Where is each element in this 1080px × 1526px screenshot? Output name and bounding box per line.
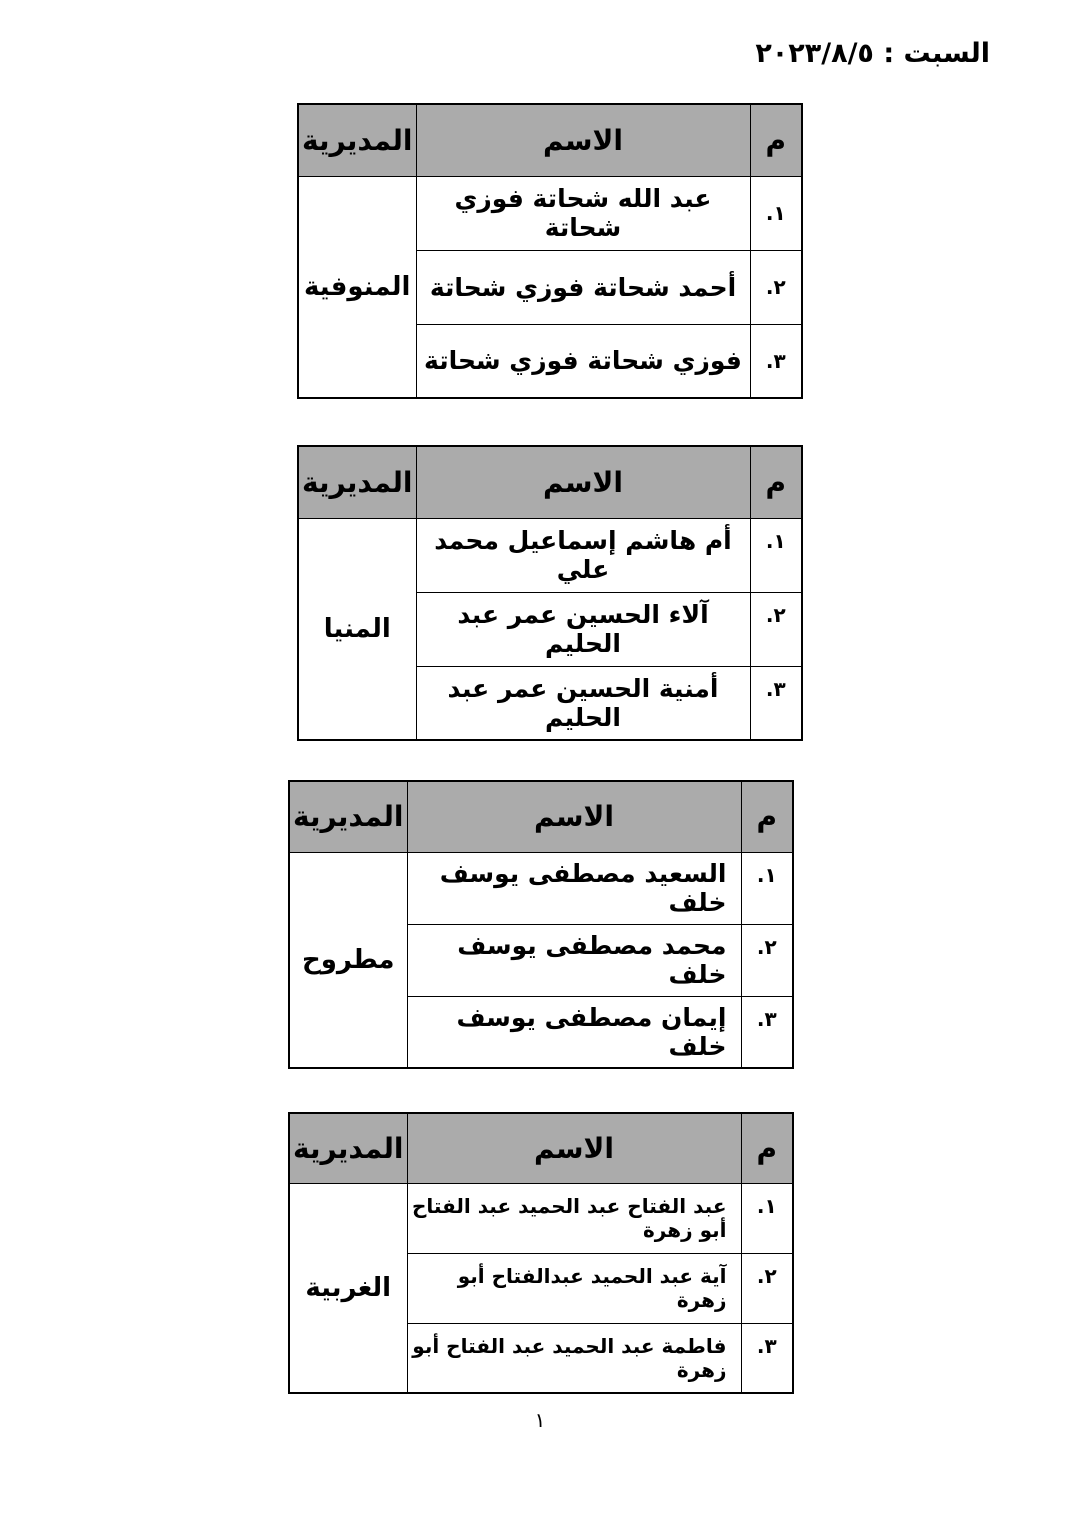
person-name: فوزي شحاتة فوزي شحاتة — [416, 324, 750, 398]
directorate-cell: الغربية — [289, 1183, 407, 1393]
row-number: ١. — [750, 176, 802, 250]
person-name: عبد الفتاح عبد الحميد عبد الفتاح أبو زهر… — [407, 1183, 741, 1253]
header-row: م الاسم المديرية — [289, 781, 793, 852]
directorate-cell: مطروح — [289, 852, 407, 1068]
column-header-name: الاسم — [407, 1113, 741, 1183]
roster-table-1: م الاسم المديرية ١. عبد الله شحاتة فوزي … — [297, 103, 803, 399]
column-header-directorate: المديرية — [298, 446, 416, 518]
roster-table-3: م الاسم المديرية ١. السعيد مصطفى يوسف خل… — [288, 780, 794, 1069]
row-number: ٢. — [750, 592, 802, 666]
row-number: ٣. — [750, 666, 802, 740]
person-name: محمد مصطفى يوسف خلف — [407, 924, 741, 996]
person-name: أمنية الحسين عمر عبد الحليم — [416, 666, 750, 740]
directorate-cell: المنيا — [298, 518, 416, 740]
table-row: ١. عبد الفتاح عبد الحميد عبد الفتاح أبو … — [289, 1183, 793, 1253]
column-header-directorate: المديرية — [289, 1113, 407, 1183]
person-name: آلاء الحسين عمر عبد الحليم — [416, 592, 750, 666]
person-name: السعيد مصطفى يوسف خلف — [407, 852, 741, 924]
row-number: ٣. — [741, 996, 793, 1068]
person-name: آية عبد الحميد عبدالفتاح أبو زهرة — [407, 1253, 741, 1323]
column-header-num: م — [741, 781, 793, 852]
header-row: م الاسم المديرية — [289, 1113, 793, 1183]
table-row: ١. عبد الله شحاتة فوزي شحاتة المنوفية — [298, 176, 802, 250]
row-number: ٢. — [741, 1253, 793, 1323]
row-number: ٣. — [750, 324, 802, 398]
row-number: ١. — [741, 852, 793, 924]
column-header-num: م — [741, 1113, 793, 1183]
row-number: ٢. — [750, 250, 802, 324]
column-header-name: الاسم — [416, 104, 750, 176]
table-row: ١. السعيد مصطفى يوسف خلف مطروح — [289, 852, 793, 924]
row-number: ٣. — [741, 1323, 793, 1393]
row-number: ١. — [741, 1183, 793, 1253]
person-name: إيمان مصطفى يوسف خلف — [407, 996, 741, 1068]
column-header-name: الاسم — [407, 781, 741, 852]
roster-table-2: م الاسم المديرية ١. أم هاشم إسماعيل محمد… — [297, 445, 803, 741]
header-row: م الاسم المديرية — [298, 104, 802, 176]
column-header-directorate: المديرية — [289, 781, 407, 852]
directorate-cell: المنوفية — [298, 176, 416, 398]
column-header-directorate: المديرية — [298, 104, 416, 176]
column-header-num: م — [750, 104, 802, 176]
person-name: أم هاشم إسماعيل محمد علي — [416, 518, 750, 592]
row-number: ٢. — [741, 924, 793, 996]
column-header-name: الاسم — [416, 446, 750, 518]
column-header-num: م — [750, 446, 802, 518]
row-number: ١. — [750, 518, 802, 592]
roster-table-4: م الاسم المديرية ١. عبد الفتاح عبد الحمي… — [288, 1112, 794, 1394]
person-name: أحمد شحاتة فوزي شحاتة — [416, 250, 750, 324]
table-row: ١. أم هاشم إسماعيل محمد علي المنيا — [298, 518, 802, 592]
header-row: م الاسم المديرية — [298, 446, 802, 518]
date-header: السبت : ٢٠٢٣/٨/٥ — [755, 38, 990, 69]
page-number: ١ — [0, 1408, 1080, 1432]
person-name: عبد الله شحاتة فوزي شحاتة — [416, 176, 750, 250]
person-name: فاطمة عبد الحميد عبد الفتاح أبو زهرة — [407, 1323, 741, 1393]
